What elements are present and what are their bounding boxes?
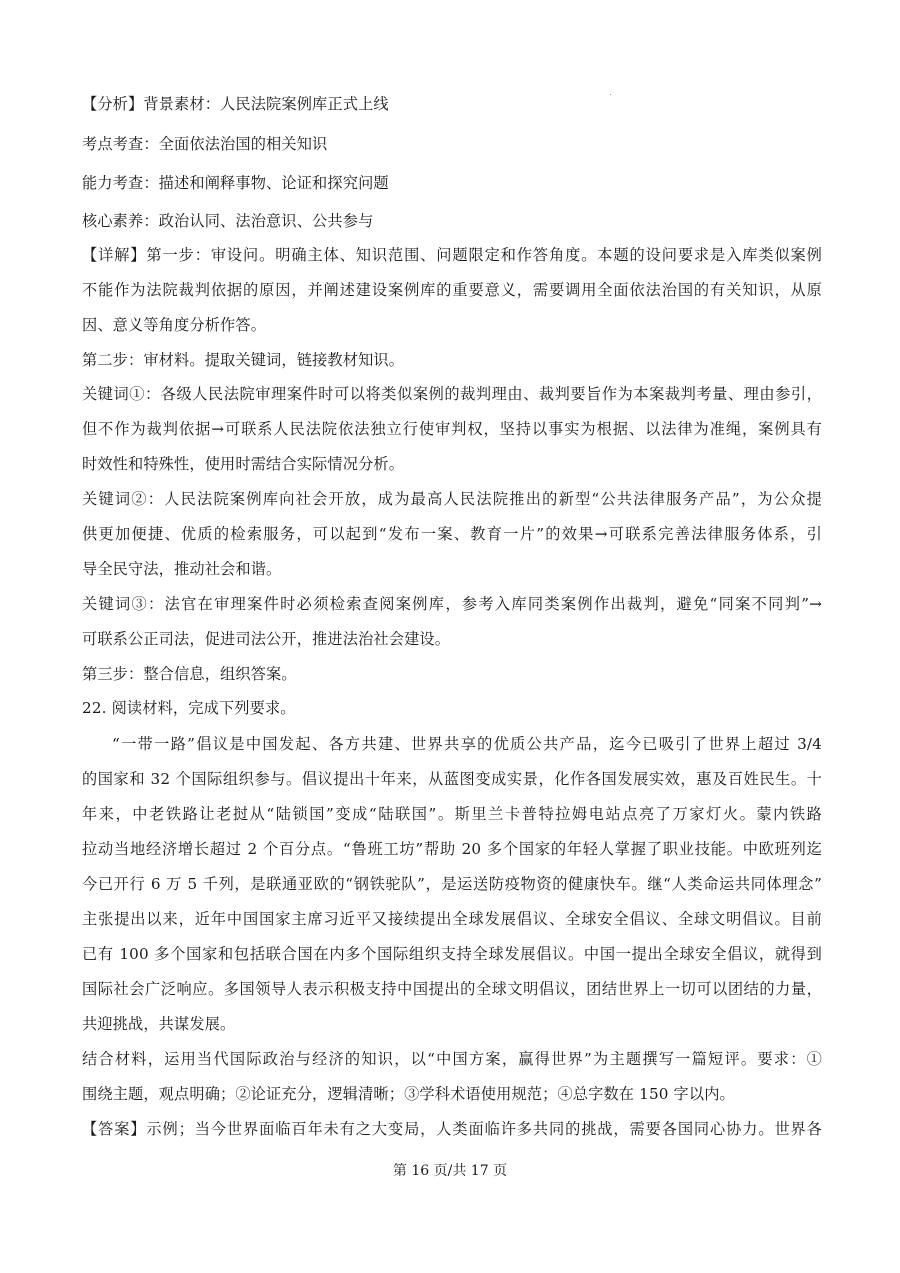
text-line: 的国家和 32 个国际组织参与。倡议提出十年来，从蓝图变成实景，化作各国发展实效… <box>82 769 822 789</box>
text-line: 考点考查：全面依法治国的相关知识 <box>82 134 822 154</box>
text-line: 但不作为裁判依据→可联系人民法院依法独立行使审判权，坚持以事实为根据、以法律为准… <box>82 419 822 439</box>
text-line: 时效性和特殊性，使用时需结合实际情况分析。 <box>82 454 822 474</box>
text-line: 导全民守法，推动社会和谐。 <box>82 559 822 579</box>
text-line: 共迎挑战，共谋发展。 <box>82 1014 822 1034</box>
text-line: 关键词③：法官在审理案件时必须检索查阅案例库，参考入库同类案例作出裁判，避免“同… <box>82 594 822 614</box>
text-line: 【详解】第一步：审设问。明确主体、知识范围、问题限定和作答角度。本题的设问要求是… <box>82 245 822 265</box>
text-line: 年来，中老铁路让老挝从“陆锁国”变成“陆联国”。斯里兰卡普特拉姆电站点亮了万家灯… <box>82 804 822 824</box>
text-line: 已有 100 多个国家和包括联合国在内多个国际组织支持全球发展倡议。中国一提出全… <box>82 944 822 964</box>
text-line: 第三步：整合信息，组织答案。 <box>82 664 822 684</box>
text-line: “一带一路”倡议是中国发起、各方共建、世界共享的优质公共产品，迄今已吸引了世界上… <box>112 734 822 754</box>
text-line: 主张提出以来，近年中国国家主席习近平又接续提出全球发展倡议、全球安全倡议、全球文… <box>82 909 822 929</box>
text-line: 可联系公正司法，促进司法公开，推进法治社会建设。 <box>82 629 822 649</box>
text-line: 不能作为法院裁判依据的原因，并阐述建设案例库的重要意义，需要调用全面依法治国的有… <box>82 280 822 300</box>
text-line: 关键词②：人民法院案例库向社会开放，成为最高人民法院推出的新型“公共法律服务产品… <box>82 489 822 509</box>
text-line: 能力考查：描述和阐释事物、论证和探究问题 <box>82 173 822 193</box>
text-line: 关键词①：各级人民法院审理案件时可以将类似案例的裁判理由、裁判要旨作为本案裁判考… <box>82 384 822 404</box>
document-page: 【分析】背景素材：人民法院案例库正式上线考点考查：全面依法治国的相关知识能力考查… <box>0 0 900 1273</box>
text-line: 【分析】背景素材：人民法院案例库正式上线 <box>82 94 822 114</box>
text-line: 核心素养：政治认同、法治意识、公共参与 <box>82 211 822 231</box>
text-line: 第二步：审材料。提取关键词，链接教材知识。 <box>82 350 822 370</box>
text-line: 【答案】示例；当今世界面临百年未有之大变局，人类面临许多共同的挑战，需要各国同心… <box>82 1119 822 1139</box>
text-line: 围绕主题，观点明确；②论证充分，逻辑清晰；③学科术语使用规范；④总字数在 150… <box>82 1084 822 1104</box>
text-line: 供更加便捷、优质的检索服务，可以起到“发布一案、教育一片”的效果→可联系完善法律… <box>82 524 822 544</box>
text-line: 拉动当地经济增长超过 2 个百分点。“鲁班工坊”帮助 20 多个国家的年轻人掌握… <box>82 839 822 859</box>
text-line: 国际社会广泛响应。多国领导人表示积极支持中国提出的全球文明倡议，团结世界上一切可… <box>82 979 822 999</box>
text-line: 因、意义等角度分析作答。 <box>82 315 822 335</box>
text-line: 结合材料，运用当代国际政治与经济的知识，以“中国方案，赢得世界”为主题撰写一篇短… <box>82 1049 822 1069</box>
text-line: 22. 阅读材料，完成下列要求。 <box>82 698 822 718</box>
text-line: 今已开行 6 万 5 千列，是联通亚欧的“钢铁驼队”，是运送防疫物资的健康快车。… <box>82 874 822 894</box>
page-footer: 第 16 页/共 17 页 <box>0 1162 900 1180</box>
